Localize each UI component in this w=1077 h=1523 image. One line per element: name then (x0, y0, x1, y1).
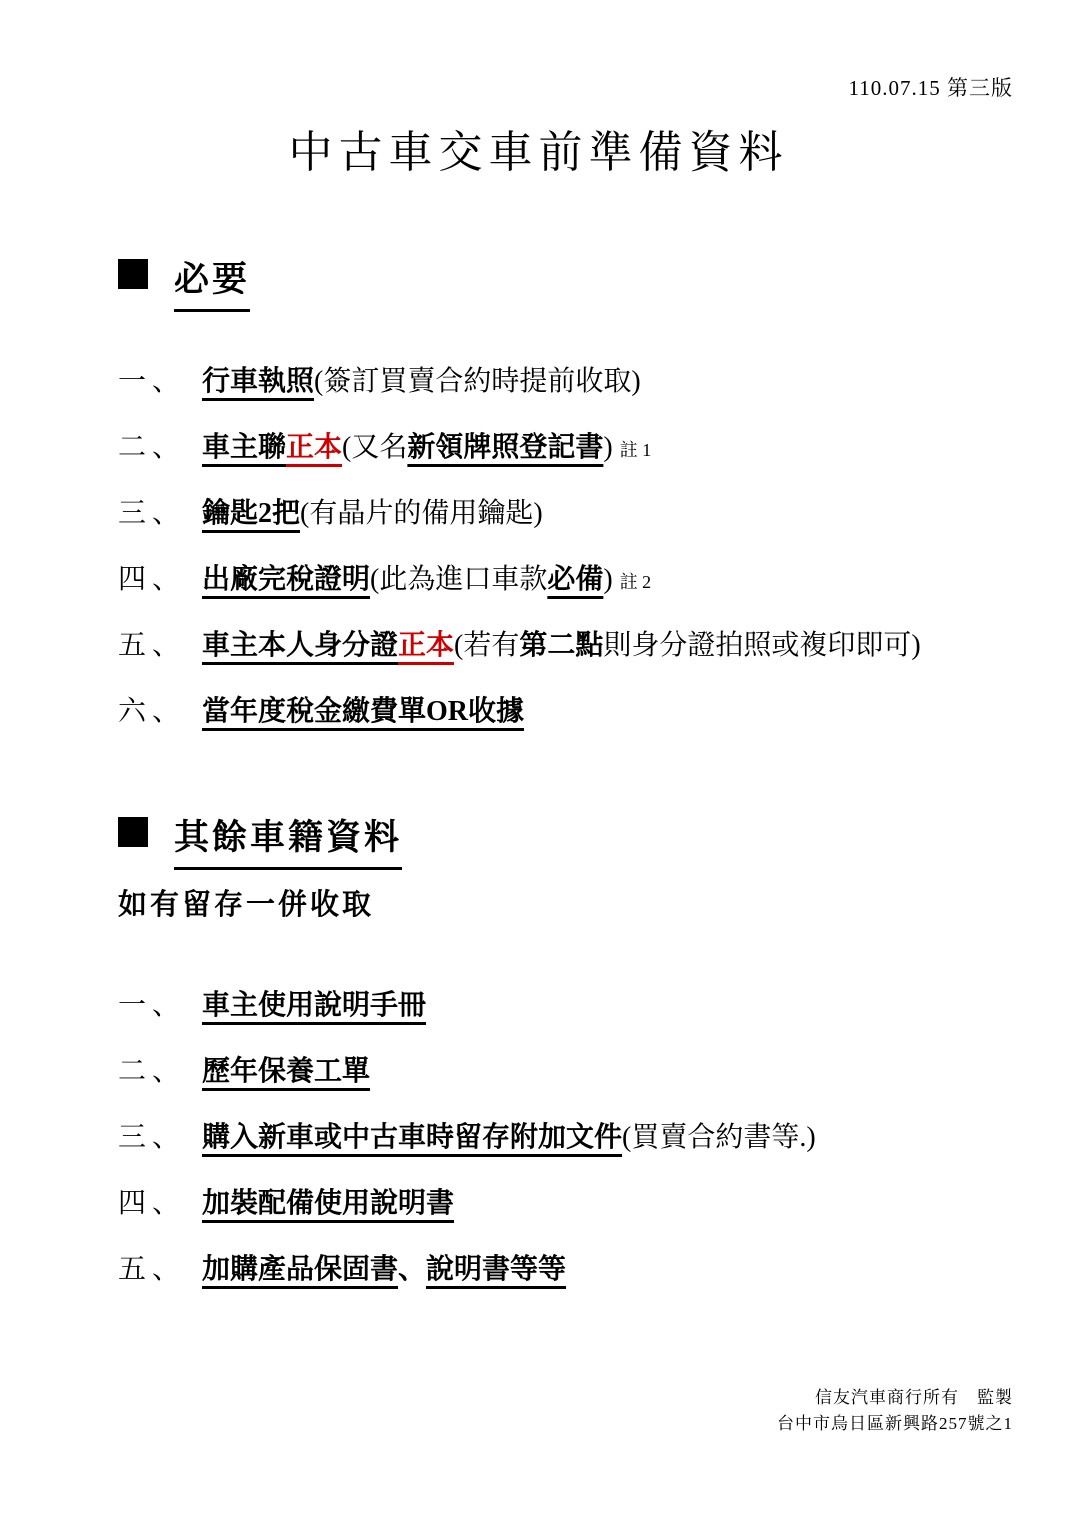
section-heading-other-records: 其餘車籍資料 (118, 810, 402, 870)
black-square-bullet-icon (118, 259, 148, 289)
document-page: 110.07.15 第三版 中古車交車前準備資料 必要 一、行車執照(簽訂買賣合… (0, 0, 1077, 1523)
item-text: 購入新車或中古車時留存附加文件(買賣合約書等.) (202, 1118, 1037, 1158)
section-heading-text: 其餘車籍資料 (174, 810, 402, 870)
text-segment: 則身分證拍照或複印即可) (603, 630, 920, 661)
footer-address: 台中市烏日區新興路257號之1 (777, 1411, 1013, 1437)
section-heading-required: 必要 (118, 252, 250, 312)
item-text: 加購產品保固書、說明書等等 (202, 1250, 1037, 1290)
text-segment: 正本 (286, 432, 342, 463)
list-item: 一、行車執照(簽訂買賣合約時提前收取) (118, 362, 1037, 428)
text-segment: 歷年保養工單 (202, 1056, 370, 1087)
text-segment: (此為進口車款 (370, 564, 547, 595)
item-text: 加裝配備使用說明書 (202, 1184, 1037, 1224)
text-segment: 車主聯 (202, 432, 286, 463)
list-item: 二、車主聯正本(又名新領牌照登記書)註 1 (118, 428, 1037, 494)
item-text: 歷年保養工單 (202, 1052, 1037, 1092)
other-items-list: 一、車主使用說明手冊二、歷年保養工單三、購入新車或中古車時留存附加文件(買賣合約… (118, 986, 1037, 1316)
text-segment: 車主本人身分證 (202, 630, 398, 661)
text-segment: 車主使用說明手冊 (202, 990, 426, 1021)
text-segment: 購入新車或中古車時留存附加文件 (202, 1122, 622, 1153)
item-number: 五、 (118, 1250, 202, 1290)
text-segment: 當年度稅金繳費單OR收據 (202, 696, 524, 727)
page-title: 中古車交車前準備資料 (0, 116, 1077, 180)
footer-publisher: 信友汽車商行所有 監製 (777, 1385, 1013, 1411)
item-number: 三、 (118, 494, 202, 534)
item-text: 出廠完稅證明(此為進口車款必備)註 2 (202, 560, 1037, 602)
text-segment: ) (603, 564, 612, 595)
list-item: 二、歷年保養工單 (118, 1052, 1037, 1118)
text-segment: 加購產品保固書 (202, 1254, 398, 1285)
item-text: 車主使用說明手冊 (202, 986, 1037, 1026)
item-text: 行車執照(簽訂買賣合約時提前收取) (202, 362, 1037, 402)
list-item: 三、購入新車或中古車時留存附加文件(買賣合約書等.) (118, 1118, 1037, 1184)
item-number: 二、 (118, 1052, 202, 1092)
text-segment: 註 2 (620, 572, 652, 592)
text-segment: 新領牌照登記書 (407, 432, 603, 463)
list-item: 三、鑰匙2把(有晶片的備用鑰匙) (118, 494, 1037, 560)
text-segment: 鑰匙2把 (202, 498, 300, 529)
item-text: 車主本人身分證正本(若有第二點則身分證拍照或複印即可) (202, 626, 1037, 666)
text-segment: 正本 (398, 630, 454, 661)
item-number: 二、 (118, 428, 202, 468)
item-number: 三、 (118, 1118, 202, 1158)
version-label: 110.07.15 第三版 (849, 72, 1013, 102)
list-item: 五、加購產品保固書、說明書等等 (118, 1250, 1037, 1316)
text-segment: 行車執照 (202, 366, 314, 397)
section-subheading: 如有留存一併收取 (118, 882, 374, 923)
text-segment: (簽訂買賣合約時提前收取) (314, 366, 641, 397)
required-items-list: 一、行車執照(簽訂買賣合約時提前收取)二、車主聯正本(又名新領牌照登記書)註 1… (118, 362, 1037, 758)
list-item: 六、當年度稅金繳費單OR收據 (118, 692, 1037, 758)
text-segment: (有晶片的備用鑰匙) (300, 498, 543, 529)
section-heading-text: 必要 (174, 252, 250, 312)
item-number: 一、 (118, 986, 202, 1026)
text-segment: 第二點 (519, 630, 603, 661)
text-segment: 、 (398, 1254, 426, 1285)
list-item: 一、車主使用說明手冊 (118, 986, 1037, 1052)
item-number: 一、 (118, 362, 202, 402)
footer: 信友汽車商行所有 監製 台中市烏日區新興路257號之1 (777, 1385, 1013, 1437)
text-segment: 出廠完稅證明 (202, 564, 370, 595)
text-segment: 必備 (547, 564, 603, 595)
black-square-bullet-icon (118, 817, 148, 847)
item-number: 四、 (118, 1184, 202, 1224)
item-number: 四、 (118, 560, 202, 600)
list-item: 四、出廠完稅證明(此為進口車款必備)註 2 (118, 560, 1037, 626)
text-segment: (若有 (454, 630, 519, 661)
text-segment: 註 1 (620, 440, 652, 460)
text-segment: ) (603, 432, 612, 463)
item-number: 五、 (118, 626, 202, 666)
item-text: 當年度稅金繳費單OR收據 (202, 692, 1037, 732)
text-segment: 加裝配備使用說明書 (202, 1188, 454, 1219)
text-segment: 說明書等等 (426, 1254, 566, 1285)
list-item: 四、加裝配備使用說明書 (118, 1184, 1037, 1250)
item-text: 車主聯正本(又名新領牌照登記書)註 1 (202, 428, 1037, 470)
text-segment: (又名 (342, 432, 407, 463)
item-number: 六、 (118, 692, 202, 732)
list-item: 五、車主本人身分證正本(若有第二點則身分證拍照或複印即可) (118, 626, 1037, 692)
text-segment: (買賣合約書等.) (622, 1122, 816, 1153)
item-text: 鑰匙2把(有晶片的備用鑰匙) (202, 494, 1037, 534)
